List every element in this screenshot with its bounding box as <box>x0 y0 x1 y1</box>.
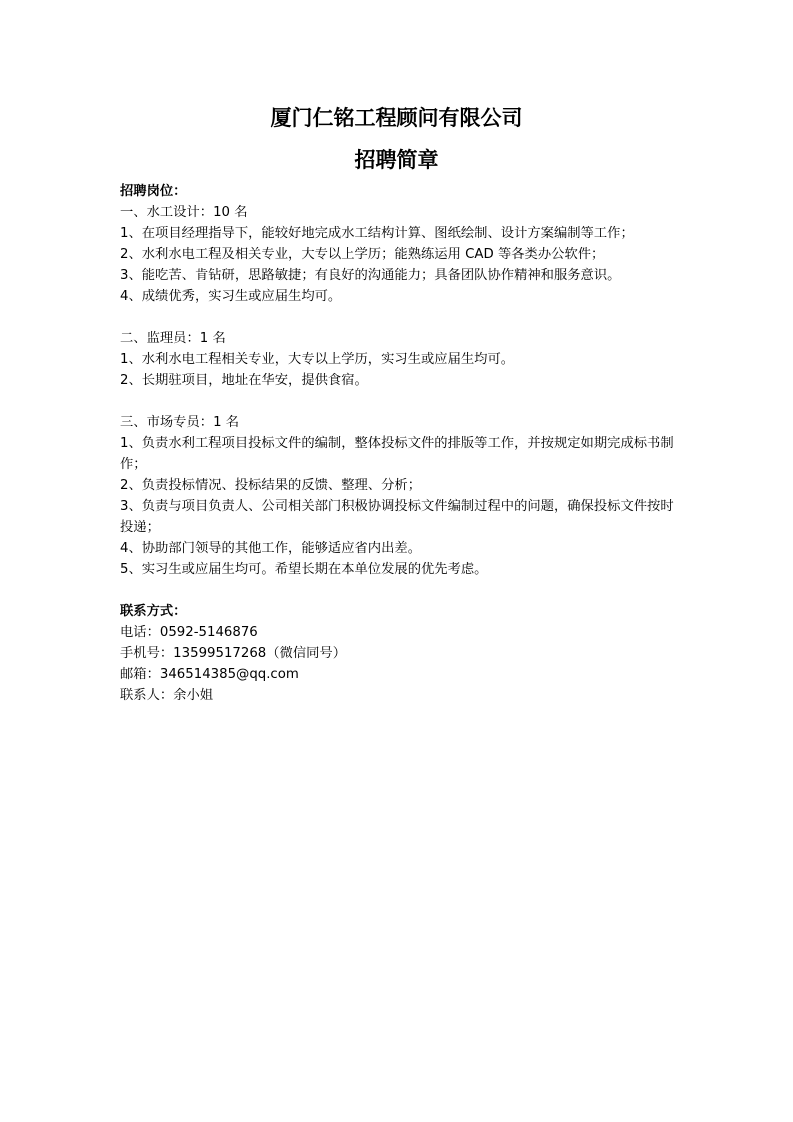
spacer <box>120 307 680 328</box>
document-title: 招聘简章 <box>0 146 793 174</box>
requirement-item: 1、水利水电工程相关专业，大专以上学历，实习生或应届生均可。 <box>120 349 680 370</box>
contact-section: 联系方式： 电话：0592-5146876 手机号：13599517268（微信… <box>120 601 680 706</box>
requirement-item: 2、长期驻项目，地址在华安，提供食宿。 <box>120 370 680 391</box>
contact-mobile: 手机号：13599517268（微信同号） <box>120 643 680 664</box>
requirement-item: 4、协助部门领导的其他工作，能够适应省内出差。 <box>120 538 680 559</box>
requirement-item: 1、负责水利工程项目投标文件的编制，整体投标文件的排版等工作，并按规定如期完成标… <box>120 433 680 475</box>
spacer <box>120 580 680 601</box>
position-section-water-design: 一、水工设计：10 名 1、在项目经理指导下，能较好地完成水工结构计算、图纸绘制… <box>120 202 680 307</box>
requirement-item: 4、成绩优秀，实习生或应届生均可。 <box>120 286 680 307</box>
contact-heading: 联系方式： <box>120 601 680 622</box>
requirement-item: 3、能吃苦、肯钻研，思路敏捷；有良好的沟通能力；具备团队协作精神和服务意识。 <box>120 265 680 286</box>
company-name: 厦门仁铭工程顾问有限公司 <box>0 104 793 132</box>
requirement-item: 3、负责与项目负责人、公司相关部门积极协调投标文件编制过程中的问题，确保投标文件… <box>120 496 680 538</box>
contact-person: 联系人：余小姐 <box>120 685 680 706</box>
positions-heading: 招聘岗位： <box>120 181 680 202</box>
requirement-item: 1、在项目经理指导下，能较好地完成水工结构计算、图纸绘制、设计方案编制等工作； <box>120 223 680 244</box>
position-title: 一、水工设计：10 名 <box>120 202 680 223</box>
position-title: 三、市场专员：1 名 <box>120 412 680 433</box>
contact-email: 邮箱：346514385@qq.com <box>120 664 680 685</box>
position-section-supervisor: 二、监理员：1 名 1、水利水电工程相关专业，大专以上学历，实习生或应届生均可。… <box>120 328 680 391</box>
requirement-item: 2、水利水电工程及相关专业，大专以上学历；能熟练运用 CAD 等各类办公软件； <box>120 244 680 265</box>
document-body: 招聘岗位： 一、水工设计：10 名 1、在项目经理指导下，能较好地完成水工结构计… <box>120 181 680 706</box>
spacer <box>120 391 680 412</box>
contact-phone: 电话：0592-5146876 <box>120 622 680 643</box>
position-title: 二、监理员：1 名 <box>120 328 680 349</box>
position-section-marketing: 三、市场专员：1 名 1、负责水利工程项目投标文件的编制，整体投标文件的排版等工… <box>120 412 680 580</box>
document-page: 厦门仁铭工程顾问有限公司 招聘简章 招聘岗位： 一、水工设计：10 名 1、在项… <box>0 0 793 1122</box>
requirement-item: 2、负责投标情况、投标结果的反馈、整理、分析； <box>120 475 680 496</box>
requirement-item: 5、实习生或应届生均可。希望长期在本单位发展的优先考虑。 <box>120 559 680 580</box>
